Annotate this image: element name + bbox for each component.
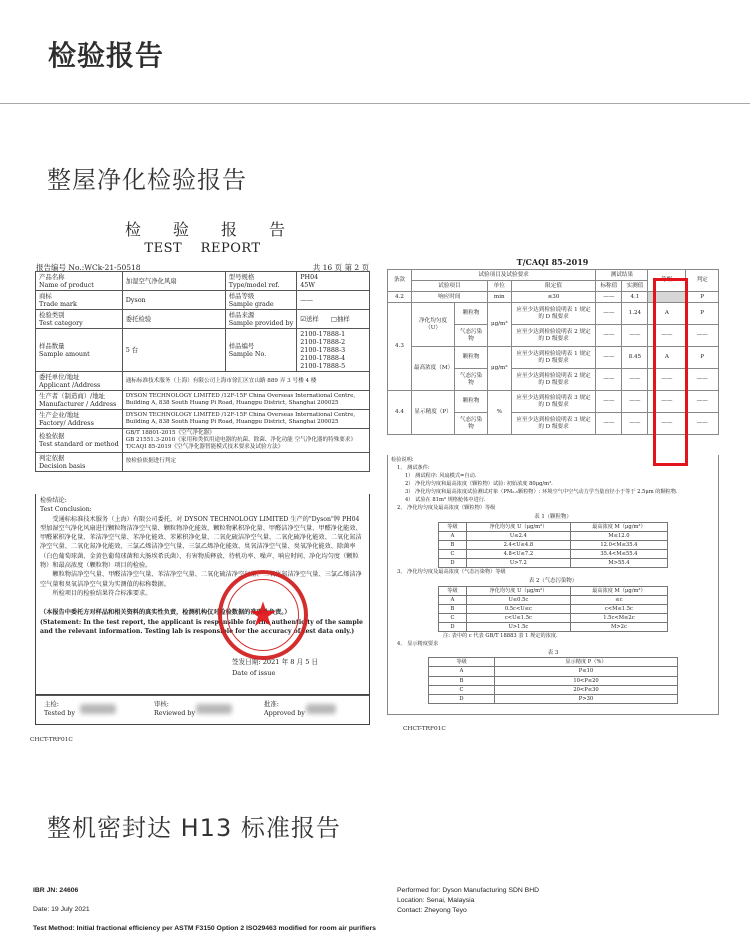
note-3: 3、 净化均匀度及最高浓度（气态污染物）等级 [391,568,715,576]
clause: 4.3 [388,303,412,391]
header-divider [0,103,750,104]
title-char: 报 [221,217,237,240]
hdr-clause: 条款 [388,270,412,292]
nominal: —— [596,325,622,347]
nominal: —— [596,303,622,325]
table-cell: D [429,694,495,703]
grade: —— [648,325,686,347]
table-cell: M>55.4 [570,559,667,568]
standard-value: GB/T 18801-2015《空气净化器》 GB 21551.3-2010《家… [122,429,369,453]
sample-no-label: 样品编号 Sample No. [225,329,297,372]
note-2: 2、 净化均匀度及最高浓度（颗粒物）等级 [391,504,715,512]
table-cell: M≤12.0 [570,531,667,540]
limit: ≤30 [511,292,596,303]
ibr-job-number: IBR JN: 24606 [33,887,78,894]
verdict: —— [686,325,719,347]
table-cell: C [439,550,467,559]
nominal: —— [596,413,622,435]
item: 最高浓度（M） [411,347,454,391]
form-code: CHCT-TRF01C [403,726,446,732]
table-cell: 显示精度 P（%） [495,658,678,667]
hdr-verdict: 判定 [686,270,719,292]
conclusion-label-en: Test Conclusion: [40,505,365,514]
amount-label: 样品数量 Sample amount [36,329,123,372]
table-cell: 净化均匀度 U（μg/m³） [466,586,570,595]
report-info-table: 产品名称 Name of product 加湿空气净化风扇 型号规格 Type/… [35,271,370,472]
reviewed-by-signature-blurred [196,704,232,714]
table-cell: 等级 [439,586,467,595]
table-cell: c<M≤1.5c [570,604,667,613]
table-cell: 1.5c<M≤2c [570,613,667,622]
verdict: P [686,303,719,325]
statement-cn: （本报告中委托方对样品和相关资料的真实性负责，检测机构仅对检验数据的准确性负责。… [40,608,365,617]
grade: A [648,303,686,325]
provided-value: ☑送样 □抽样 [297,310,370,329]
measured: —— [622,391,648,413]
table-cell: B [439,540,467,549]
limit: 应至少达到检验说明表 3 规定的 D 级要求 [511,391,596,413]
table-cell: 4.8<U≤7.2 [466,550,570,559]
manufacturer-label: 生产者（制造商）/地址 Manufacturer / Address [36,391,123,410]
grade [648,292,686,303]
grade: —— [648,413,686,435]
table-row: B2.4<U≤4.812.0<M≤35.4 [439,540,668,549]
table-cell: U>1.5c [466,622,570,631]
results-table: 条款 试验项目及试验要求 测试结果 等级 判定 试验项目 单位 限定值 标称值 … [387,269,719,435]
table-cell: D [439,622,467,631]
unit: % [487,391,511,435]
clause: 4.4 [388,391,412,435]
approved-by-label: 批准: Approved by [264,700,305,718]
model-label: 型号规格 Type/model ref. [225,272,297,291]
table1-caption: 表 1（颗粒物） [391,513,715,521]
unit: min [487,292,511,303]
sub-item: 颗粒物 [455,347,488,369]
report-title-cn: 检 验 报 告 [125,217,285,240]
table-cell: C [439,613,467,622]
grade-table-particulate: 等级净化均匀度 U（μg/m³）最高浓度 M（μg/m³）AU≤2.4M≤12.… [438,522,668,568]
grade-table-gaseous: 等级净化均匀度 U（μg/m³）最高浓度 M（μg/m³）AU≤0.5c≤cB0… [438,586,668,632]
contact: Contact: Zheyong Teyo [397,907,467,914]
decision-label: 判定依据 Decision basis [36,452,123,471]
test-conclusion: 检验结论: Test Conclusion: 受通标标准技术服务（上海）有限公司… [35,494,370,695]
measured: —— [622,413,648,435]
table-row: DP>30 [429,694,678,703]
model-value: PH04 45W [297,272,370,291]
hdr-measured: 实测值 [622,281,648,292]
grade-label: 样品等级 Sample grade [225,291,297,310]
product-label: 产品名称 Name of product [36,272,123,291]
table-cell: P>30 [495,694,678,703]
table-cell: 35.4<M≤55.4 [570,550,667,559]
table-row: C20<P≤30 [429,685,678,694]
table-cell: c<U≤1.5c [466,613,570,622]
notes-title: 检验说明: [391,456,715,464]
conclusion-paragraph-3: 所检项目的检验结果符合标准要求。 [40,589,365,598]
item: 响应时间 [411,292,487,303]
issue-date-block: 签发日期: 2021 年 8 月 5 日 Date of issue [232,657,318,678]
limit: 应至少达到检验说明表 1 规定的 D 级要求 [511,303,596,325]
reviewed-by-label: 审核: Reviewed by [154,700,195,718]
report-date: Date: 19 July 2021 [33,906,90,913]
report-title-en: TEST REPORT [30,241,375,256]
limit: 应至少达到检验说明表 2 规定的 D 级要求 [511,325,596,347]
table-row: B10<P≤20 [429,676,678,685]
item: 显示精度（P） [411,391,454,435]
measured: 4.1 [622,292,648,303]
table-cell: 10<P≤20 [495,676,678,685]
hdr-item: 试验项目 [411,281,487,292]
item: 净化均匀度（U） [411,303,454,347]
conclusion-paragraph-2: 颗粒物洁净空气量、甲醛洁净空气量、苯洁净空气量、二氧化硫洁净空气量、二氧化氮洁净… [40,570,365,589]
table-cell: A [439,595,467,604]
amount-value: 5 台 [122,329,225,372]
table-row: 最高浓度（M） 颗粒物 μg/m³ 应至少达到检验说明表 1 规定的 D 级要求… [388,347,719,369]
factory-label: 生产企业/地址 Factory/ Address [36,410,123,429]
sample-no-value: 2100-17888-1 2100-17888-2 2100-17888-3 2… [297,329,370,372]
table-cell: 12.0<M≤35.4 [570,540,667,549]
title-char: 告 [269,217,285,240]
location: Location: Senai, Malaysia [397,897,474,904]
grade: A [648,347,686,369]
table-row: 等级显示精度 P（%） [429,658,678,667]
note-1-3: 3） 净化均匀度和最高浓度试验测试对象（PM₂.₅颗粒物）: 环境空气中空气动力… [391,488,715,496]
tested-by-signature-blurred [80,704,116,714]
table-cell: M>2c [570,622,667,631]
table-cell: 20<P≤30 [495,685,678,694]
approved-by-signature-blurred [306,704,336,714]
measured: —— [622,325,648,347]
product-value: 加湿空气净化风扇 [122,272,225,291]
issue-date: 签发日期: 2021 年 8 月 5 日 [232,657,318,668]
manufacturer-value: DYSON TECHNOLOGY LIMITED /12F-15F China … [122,391,369,410]
sub-item: 气态污染物 [455,325,488,347]
title-char: 检 [125,217,141,240]
official-seal-stamp: ★ [218,570,308,660]
table-cell: A [439,531,467,540]
table-row: 4.4 显示精度（P） 颗粒物 % 应至少达到检验说明表 3 规定的 D 级要求… [388,391,719,413]
table-row: 4.3 净化均匀度（U） 颗粒物 μg/m³ 应至少达到检验说明表 1 规定的 … [388,303,719,325]
table-cell: 净化均匀度 U（μg/m³） [466,522,570,531]
measured: 8.45 [622,347,648,369]
clause: 4.2 [388,292,412,303]
hdr-unit: 单位 [487,281,511,292]
note-1-2: 2） 净化均匀度和最高浓度（颗粒物）试验: 初始浓度 80μg/m³. [391,480,715,488]
note-1-4: 4） 试验在 81m³ 规格舱体中进行. [391,496,715,504]
limit: 应至少达到检验说明表 2 规定的 D 级要求 [511,369,596,391]
nominal: —— [596,292,622,303]
table-row: C4.8<U≤7.235.4<M≤55.4 [439,550,668,559]
table-row: 4.2 响应时间 min ≤30 —— 4.1 P [388,292,719,303]
sub-item: 颗粒物 [455,303,488,325]
table-cell: C [429,685,495,694]
note-4: 4、 显示精度要求 [391,640,715,648]
table-cell: 最高浓度 M（μg/m³） [570,586,667,595]
grade-table-display-accuracy: 等级显示精度 P（%）AP≤10B10<P≤20C20<P≤30DP>30 [428,657,678,703]
table3-caption: 表 3 [391,649,715,657]
table-cell: A [429,667,495,676]
verdict: P [686,347,719,369]
table-cell: B [429,676,495,685]
table-cell: 2.4<U≤4.8 [466,540,570,549]
standard-code: T/CAQI 85-2019 [385,257,720,267]
table-cell: 等级 [439,522,467,531]
provided-label: 样品来源 Sample provided by [225,310,297,329]
table-row: Cc<U≤1.5c1.5c<M≤2c [439,613,668,622]
sub-item: 气态污染物 [455,413,488,435]
grade-value: —— [297,291,370,310]
table-cell: U>7.2 [466,559,570,568]
table-cell: 等级 [429,658,495,667]
verdict: —— [686,413,719,435]
sub-item: 气态污染物 [455,369,488,391]
test-notes: 检验说明: 1、 测试条件: 1） 测试程序: 风扇模式=自动. 2） 净化均匀… [387,455,719,715]
applicant-label: 委托单位/地址 Applicant /Address [36,372,123,391]
unit: μg/m³ [487,347,511,391]
test-report-cover-page: 检 验 报 告 TEST REPORT 报告编号 No.:WCk-21-5051… [30,205,375,745]
tested-by-label: 主检: Tested by [44,700,75,718]
table2-caption: 表 2（气态污染物） [391,577,715,585]
note-3-footnote: 注: 表中的 c 代表 GB/T 18883 表 1 规定的浓度. [391,632,715,640]
table-cell: ≤c [570,595,667,604]
test-results-page: T/CAQI 85-2019 条款 试验项目及试验要求 测试结果 等级 判定 试… [385,255,720,745]
table-cell: 最高浓度 M（μg/m³） [570,522,667,531]
standard-label: 检验依据 Test standard or method [36,429,123,453]
nominal: —— [596,369,622,391]
form-code: CHCT-TRF01C [30,737,73,743]
category-value: 委托检验 [122,310,225,329]
seal-star-icon: ★ [222,598,304,632]
nominal: —— [596,391,622,413]
page-title: 检验报告 [48,34,164,74]
category-label: 检验类别 Test category [36,310,123,329]
note-1: 1、 测试条件: [391,464,715,472]
verdict: —— [686,391,719,413]
table-row: 等级净化均匀度 U（μg/m³）最高浓度 M（μg/m³） [439,586,668,595]
signature-row: 主检: Tested by 审核: Reviewed by 批准: Approv… [35,695,370,725]
table-row: B0.5c<U≤cc<M≤1.5c [439,604,668,613]
table-cell: D [439,559,467,568]
verdict: P [686,292,719,303]
test-method: Test Method: Initial fractional efficien… [33,925,376,932]
verdict: —— [686,369,719,391]
table-cell: P≤10 [495,667,678,676]
section-title-h13-report: 整机密封达 H13 标准报告 [47,808,341,843]
issue-date-label: Date of issue [232,668,318,679]
measured: 1.24 [622,303,648,325]
hdr-grade: 等级 [648,270,686,292]
grade: —— [648,391,686,413]
statement-en: (Statement: In the test report, the appl… [40,618,365,637]
performed-for: Performed for: Dyson Manufacturing SDN B… [397,887,539,894]
factory-value: DYSON TECHNOLOGY LIMITED /12F-15F China … [122,410,369,429]
hdr-items-group: 试验项目及试验要求 [411,270,595,281]
conclusion-label-cn: 检验结论: [40,496,365,505]
table-row: AU≤0.5c≤c [439,595,668,604]
table-cell: 0.5c<U≤c [466,604,570,613]
title-char: 验 [173,217,189,240]
measured: —— [622,369,648,391]
table-row: DU>1.5cM>2c [439,622,668,631]
applicant-value: 通标标准技术服务（上海）有限公司上海市徐汇区宜山路 889 弄 3 号楼 4 楼 [122,372,369,391]
section-title-whole-house-purification: 整屋净化检验报告 [47,160,247,195]
trademark-value: Dyson [122,291,225,310]
limit: 应至少达到检验说明表 1 规定的 D 级要求 [511,347,596,369]
hdr-limit: 限定值 [511,281,596,292]
trademark-label: 商标 Trade mark [36,291,123,310]
note-1-1: 1） 测试程序: 风扇模式=自动. [391,472,715,480]
table-cell: U≤2.4 [466,531,570,540]
sub-item: 颗粒物 [455,391,488,413]
hdr-results-group: 测试结果 [596,270,648,281]
table-cell: B [439,604,467,613]
table-row: AP≤10 [429,667,678,676]
table-row: AU≤2.4M≤12.0 [439,531,668,540]
decision-value: 按检验依据进行判定 [122,452,369,471]
limit: 应至少达到检验说明表 3 规定的 D 级要求 [511,413,596,435]
table-row: DU>7.2M>55.4 [439,559,668,568]
unit: μg/m³ [487,303,511,347]
grade: —— [648,369,686,391]
hdr-nominal: 标称值 [596,281,622,292]
nominal: —— [596,347,622,369]
table-row: 等级净化均匀度 U（μg/m³）最高浓度 M（μg/m³） [439,522,668,531]
conclusion-paragraph-1: 受通标标准技术服务（上海）有限公司委托，对 DYSON TECHNOLOGY L… [40,515,365,571]
table-cell: U≤0.5c [466,595,570,604]
